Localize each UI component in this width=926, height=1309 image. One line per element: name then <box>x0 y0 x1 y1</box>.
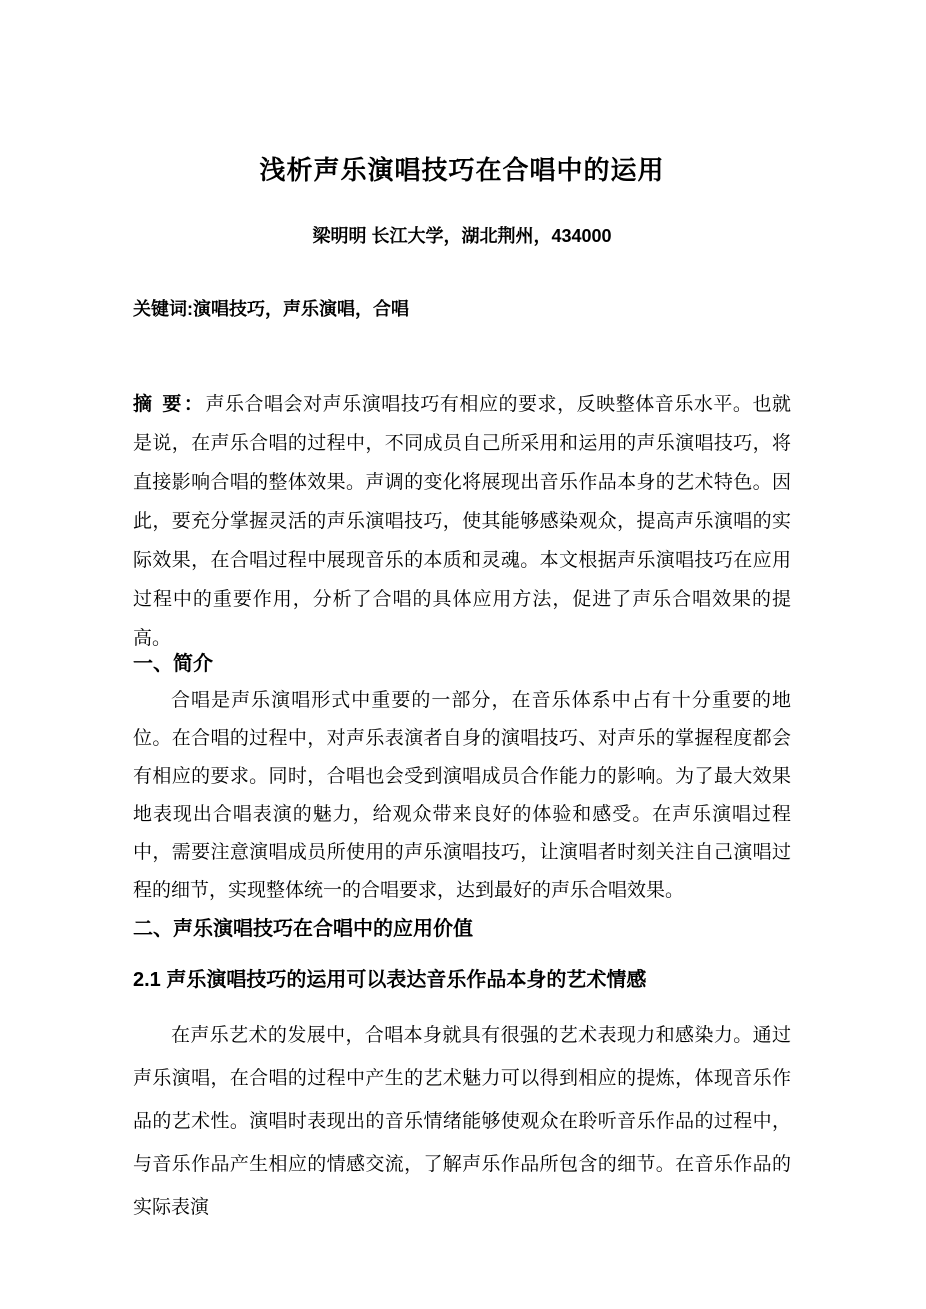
abstract-text: 声乐合唱会对声乐演唱技巧有相应的要求，反映整体音乐水平。也就是说，在声乐合唱的过… <box>133 394 791 649</box>
document-page: 浅析声乐演唱技巧在合唱中的运用 梁明明 长江大学，湖北荆州，434000 关键词… <box>0 0 926 1309</box>
abstract-paragraph: 摘 要：声乐合唱会对声乐演唱技巧有相应的要求，反映整体音乐水平。也就是说，在声乐… <box>133 385 791 658</box>
section-1-heading: 一、简介 <box>133 651 791 677</box>
abstract-label: 摘 要： <box>133 394 205 415</box>
section-2-1-paragraph: 在声乐艺术的发展中，合唱本身就具有很强的艺术表现力和感染力。通过声乐演唱，在合唱… <box>133 1014 791 1229</box>
paper-title: 浅析声乐演唱技巧在合唱中的运用 <box>133 153 791 187</box>
author-affiliation-line: 梁明明 长江大学，湖北荆州，434000 <box>133 223 791 249</box>
section-2-heading: 二、声乐演唱技巧在合唱中的应用价值 <box>133 916 791 942</box>
keywords-line: 关键词:演唱技巧，声乐演唱，合唱 <box>133 296 791 322</box>
section-1-paragraph: 合唱是声乐演唱形式中重要的一部分，在音乐体系中占有十分重要的地位。在合唱的过程中… <box>133 682 791 910</box>
section-2-1-heading: 2.1 声乐演唱技巧的运用可以表达音乐作品本身的艺术情感 <box>133 967 791 993</box>
